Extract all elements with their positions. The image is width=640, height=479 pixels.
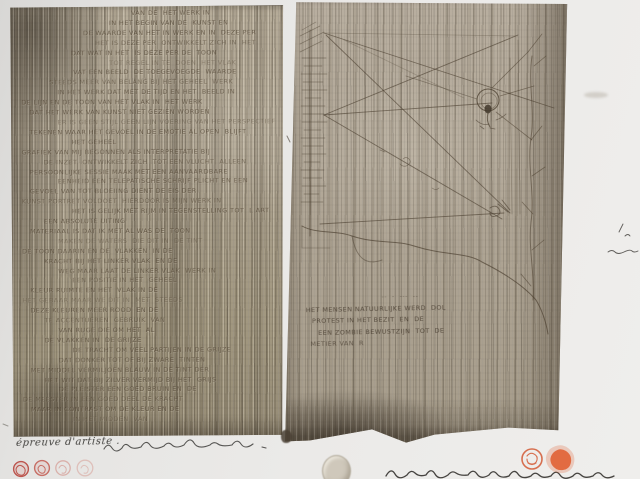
red-stamp — [77, 460, 93, 476]
scratched-text-line: EEN POSITIE IN HET GEHEEL — [72, 276, 281, 287]
sketch-tick-scribbles — [380, 150, 439, 190]
dark-ink-fragment — [281, 430, 292, 443]
sketch-diagonal-hatch — [300, 22, 324, 52]
gap-tick-mark — [287, 136, 290, 142]
scratched-text-line: IN HET WERK DAT MET DE TIJD EN HET BEELD… — [57, 88, 280, 99]
sketch-frame-bottom — [320, 213, 504, 224]
margin-smudge — [584, 92, 608, 98]
perspective-sketch — [284, 0, 568, 444]
scratched-text-line: TEKENEN WAAR HET GEVOEL IN DE EMOTIE AL … — [30, 127, 281, 138]
scratched-text-block: VAN DE HET WERK ININ HET BEGIN VAN DE KU… — [13, 8, 282, 433]
scratched-text-line: HET IS GELIJK MET RIJM IN TEGENSTELLING … — [72, 206, 281, 217]
margin-handwriting-note — [608, 224, 638, 254]
scratched-text-line: TOT REGEL IN TE DOEN HET VLAK — [109, 58, 280, 69]
etched-panel-left: VAN DE HET WERK ININ HET BEGIN VAN DE KU… — [8, 5, 285, 437]
scratched-text-block-right: -- - --- --HET MENSEN NATUURLIJKE WERD D… — [303, 289, 538, 357]
scratched-text-line: DE INZET ONTWIKKELT ZICH TOT EEN VLUCHT … — [44, 157, 281, 168]
bottom-right-handwriting — [386, 471, 614, 479]
inscription-scrawl — [104, 440, 266, 451]
sketch-left-frame — [310, 30, 311, 236]
sketch-frame-top — [324, 33, 516, 36]
scratched-text-line: HET GEBAAR MAAR WE DIT IN MET STEEDS — [22, 296, 281, 307]
scratched-text-line: MAKEN DE WATERS DIE DIT IN DE TINT — [58, 236, 281, 247]
artwork-photo: VAN DE HET WERK ININ HET BEGIN VAN DE KU… — [0, 0, 640, 479]
scratched-text-line: ER IS GEEN STIJL GEEN LIJN VOERING VAN H… — [57, 117, 280, 128]
scratched-text-line: IN HET MIDDEN VAN — [73, 414, 282, 425]
orange-stamp-circle — [522, 449, 542, 469]
sketch-tree-scratches — [521, 34, 546, 300]
sketch-circle — [476, 89, 506, 129]
scratched-text-line: DAT DONKER TOT OF BIJ ZWARE TINTEN — [59, 355, 282, 366]
scratched-text-line: KUNST PORTRET VOLDOET HIERDOOR IS MIJN W… — [22, 197, 281, 208]
red-collection-stamps — [14, 460, 93, 476]
scratched-text-line: DE MEESTER IN EEN GOED DEEL DE KRACHT — [23, 395, 282, 406]
left-margin-tick — [3, 424, 8, 426]
red-stamp — [35, 461, 50, 476]
scratched-text-line: TE ACCENTUEREN GEBRUIK VAN — [44, 315, 281, 326]
red-stamp — [56, 461, 70, 475]
orange-ink-blot — [550, 449, 571, 470]
etched-panel-right: -- - --- --HET MENSEN NATUURLIJKE WERD D… — [284, 0, 568, 444]
scratched-text-line: HET IS DEZE PER ONTWIKKELT ZICH IN HET — [95, 38, 280, 49]
orange-ink-blot-halo — [546, 445, 574, 473]
artist-proof-inscription: épreuve d'artiste . — [16, 436, 121, 450]
sketch-hatch-marks — [301, 58, 327, 202]
thumb-smudge — [322, 455, 351, 479]
red-stamp — [14, 462, 29, 477]
scratched-text-line: EENHEID EEN TELEPATISCHE SCHRIJF PLICHT … — [58, 177, 281, 188]
